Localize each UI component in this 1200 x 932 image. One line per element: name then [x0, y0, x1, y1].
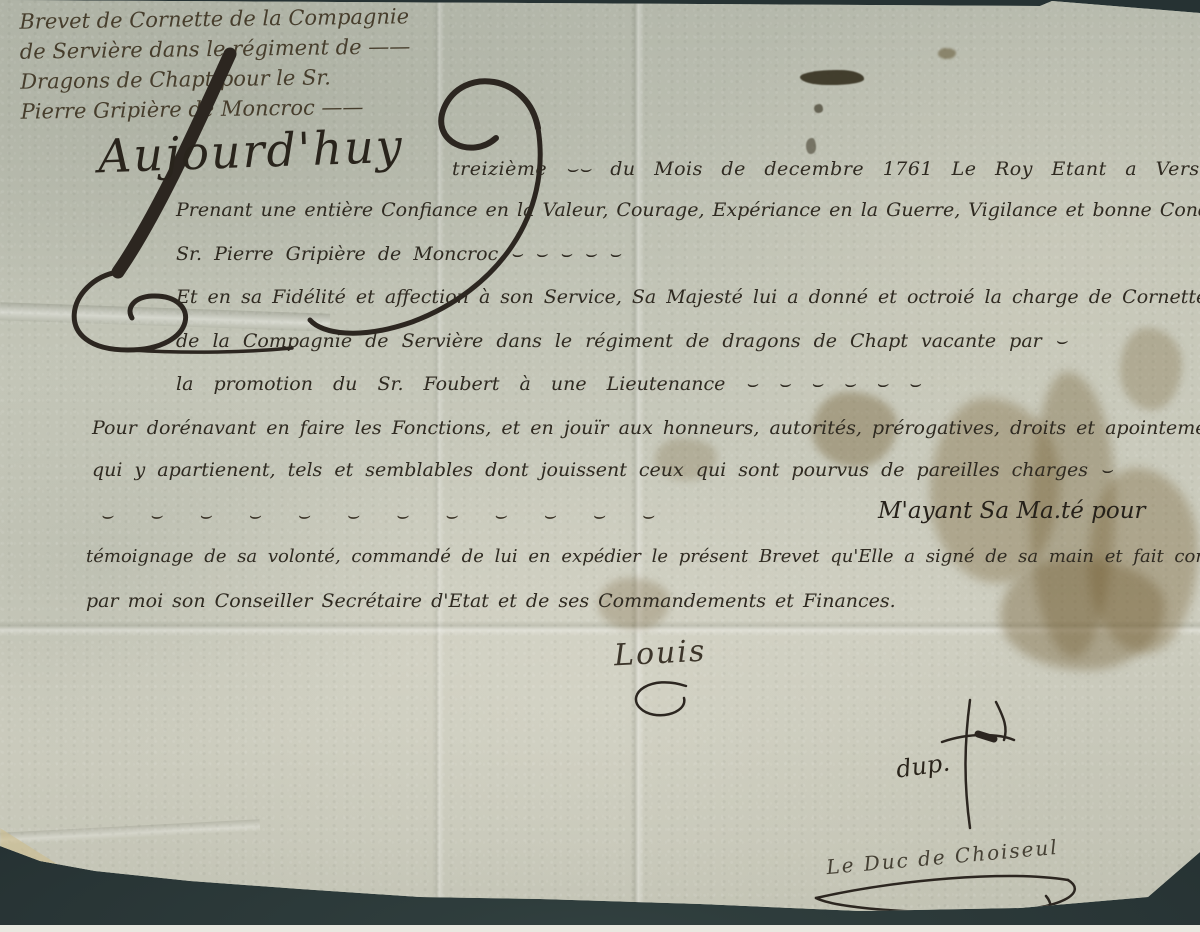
horizontal-fold [0, 620, 1200, 636]
stain [938, 48, 956, 59]
pen-flourish [30, 32, 570, 362]
ink-blot [800, 70, 864, 85]
body-line: Et en sa Fidélité et affection à son Ser… [176, 286, 1200, 308]
manuscript-photo: Brevet de Cornette de la Compagnie de Se… [0, 0, 1200, 932]
body-line: Sr. Pierre Gripière de Moncroc ⌣ ⌣ ⌣ ⌣ ⌣ [176, 243, 621, 265]
ink-speck [814, 104, 823, 113]
parchment-document: Brevet de Cornette de la Compagnie de Se… [0, 0, 1200, 932]
body-line: témoignage de sa volonté, commandé de lu… [86, 546, 1200, 567]
body-line: M'ayant Sa Ma.té pour [878, 498, 1146, 524]
body-line: qui y apartienent, tels et semblables do… [92, 459, 1113, 481]
body-line: Pour dorénavant en faire les Fonctions, … [92, 417, 1200, 439]
body-line: la promotion du Sr. Foubert à une Lieute… [176, 373, 921, 395]
signature-paraph [622, 678, 712, 722]
body-line: de la Compagnie de Servière dans le régi… [176, 330, 1067, 352]
stain [1000, 558, 1165, 670]
filler-squiggles: ⌣⌣⌣⌣⌣⌣⌣⌣⌣⌣⌣⌣ [100, 503, 690, 527]
scan-edge [0, 925, 1200, 932]
royal-signature: Louis [613, 634, 707, 674]
stain [1120, 328, 1182, 410]
opening-word: Aujourd'huy [97, 119, 404, 184]
body-line: par moi son Conseiller Secrétaire d'Etat… [86, 590, 896, 612]
corner-fold-crease [0, 819, 260, 845]
body-line: treizième ⌣⌣ du Mois de decembre 1761 Le… [452, 158, 1200, 180]
secretary-paraph [938, 700, 1028, 830]
ink-speck [806, 138, 816, 154]
body-line: Prenant une entière Confiance en la Vale… [176, 199, 1200, 221]
